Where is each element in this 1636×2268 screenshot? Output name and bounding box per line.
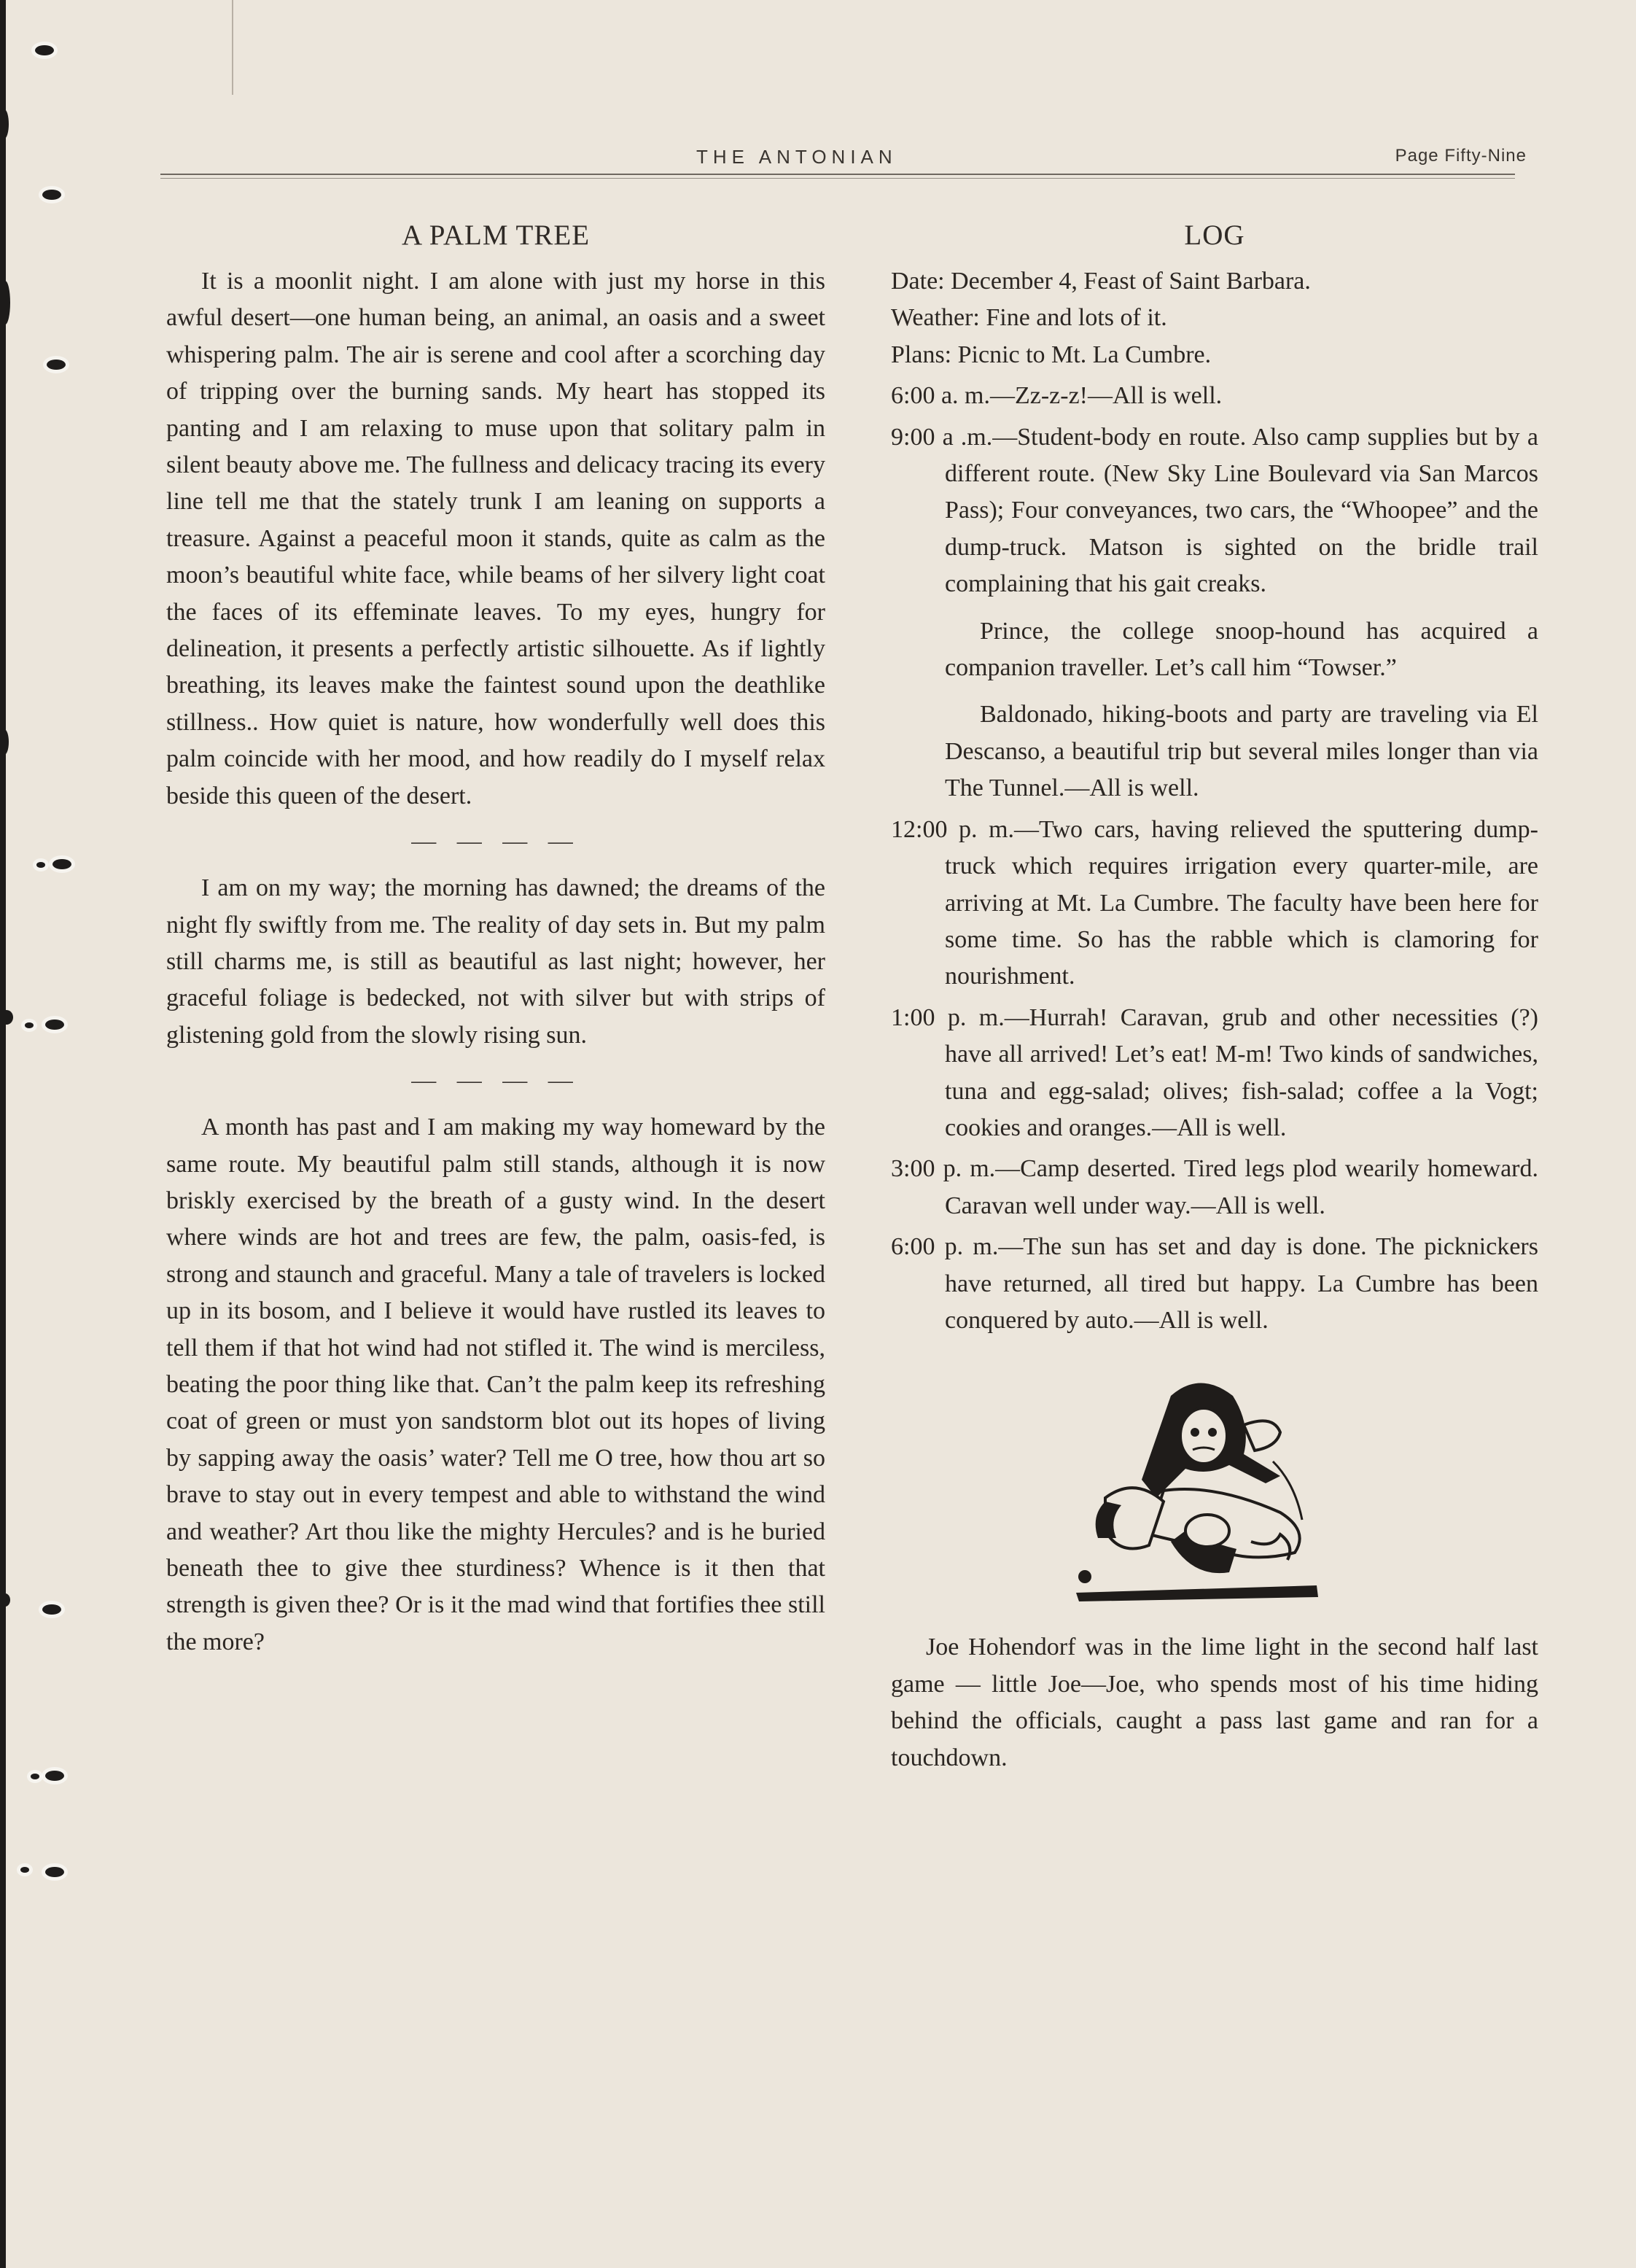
log-entry-text: 6:00 a. m.—Zz-z-z!—All is well. [945, 378, 1538, 414]
paragraph: I am on my way; the morning has dawned; … [166, 870, 825, 1054]
punch-hole [45, 1020, 64, 1030]
paragraph: It is a moonlit night. I am alone with j… [166, 263, 825, 815]
log-entry-text: 3:00 p. m.—Camp deserted. Tired legs plo… [945, 1151, 1538, 1224]
section-separator: — — — — [166, 831, 825, 855]
note-joe-hohendorf: Joe Hohendorf was in the lime light in t… [891, 1629, 1538, 1776]
punch-hole [25, 1022, 34, 1028]
article-title: LOG [891, 219, 1538, 252]
article-palm-tree: A PALM TREE It is a moonlit night. I am … [166, 219, 825, 1661]
log-entry-text: 6:00 p. m.—The sun has set and day is do… [945, 1229, 1538, 1339]
log-weather: Weather: Fine and lots of it. [891, 300, 1538, 336]
punch-hole [45, 1867, 64, 1877]
log-entry: 6:00 a. m.—Zz-z-z!—All is well. [891, 378, 1538, 414]
log-entry: 9:00 a .m.—Student-body en route. Also c… [891, 419, 1538, 807]
punch-hole [45, 1771, 64, 1781]
log-entry: 12:00 p. m.—Two cars, having relieved th… [891, 812, 1538, 995]
log-entry-text: 1:00 p. m.—Hurrah! Caravan, grub and oth… [945, 1000, 1538, 1147]
punch-hole [36, 862, 45, 868]
punch-hole [42, 1604, 61, 1615]
punch-hole [31, 1774, 39, 1779]
log-date: Date: December 4, Feast of Saint Barbara… [891, 263, 1538, 300]
log-entry-text: 12:00 p. m.—Two cars, having relieved th… [945, 812, 1538, 995]
log-entry-text: 9:00 a .m.—Student-body en route. Also c… [945, 419, 1538, 603]
publication-title: THE ANTONIAN [696, 146, 897, 168]
punch-hole [35, 45, 54, 55]
punch-hole [52, 859, 71, 869]
crease-line [232, 0, 233, 95]
edge-tear [0, 109, 9, 139]
log-entry: 3:00 p. m.—Camp deserted. Tired legs plo… [891, 1151, 1538, 1224]
football-player-cartoon [1062, 1374, 1368, 1607]
header-rule [160, 174, 1515, 175]
article-log: LOG Date: December 4, Feast of Saint Bar… [891, 219, 1538, 1776]
log-plans: Plans: Picnic to Mt. La Cumbre. [891, 337, 1538, 373]
header-rule-secondary [160, 178, 1515, 179]
log-entries: 6:00 a. m.—Zz-z-z!—All is well.9:00 a .m… [891, 378, 1538, 1339]
log-entry-subparagraph: Baldonado, hiking-boots and party are tr… [945, 696, 1538, 807]
log-entry: 1:00 p. m.—Hurrah! Caravan, grub and oth… [891, 1000, 1538, 1147]
edge-tear [0, 281, 10, 325]
edge-tear [0, 1593, 10, 1607]
page-number: Page Fifty-Nine [1395, 146, 1527, 166]
punch-hole [20, 1867, 29, 1873]
log-meta: Date: December 4, Feast of Saint Barbara… [891, 263, 1538, 373]
paragraph: A month has past and I am making my way … [166, 1109, 825, 1661]
log-entry-subparagraph: Prince, the college snoop-hound has acqu… [945, 613, 1538, 687]
punch-hole [42, 190, 61, 200]
article-title: A PALM TREE [166, 219, 825, 252]
edge-tear [0, 1010, 13, 1025]
binding-edge [0, 0, 6, 2268]
log-entry: 6:00 p. m.—The sun has set and day is do… [891, 1229, 1538, 1339]
edge-tear [0, 729, 9, 755]
section-separator: — — — — [166, 1070, 825, 1095]
punch-hole [47, 360, 66, 370]
